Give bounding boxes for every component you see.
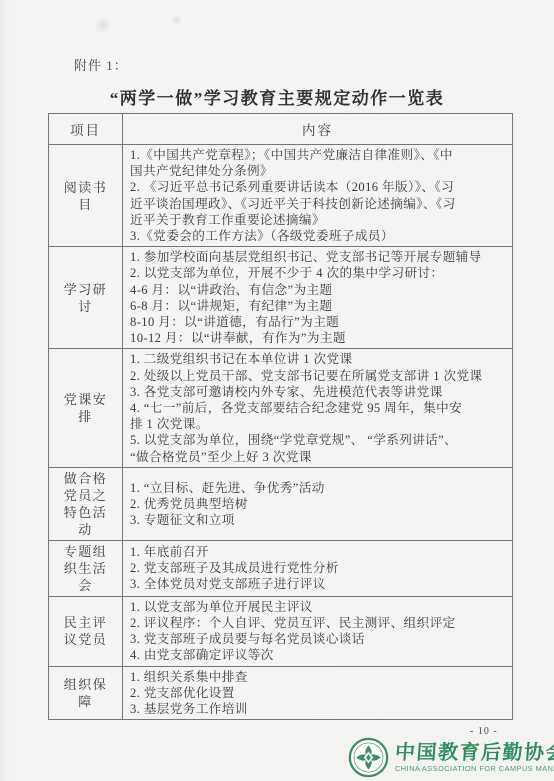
row-label: 专题组织生活会	[49, 540, 123, 596]
scanned-page-background: 附件 1： “两学一做”学习教育主要规定动作一览表 项目 内容 阅读书目 1.《…	[0, 0, 554, 781]
brand-text: 中国教育后勤协会 CHINA ASSOCIATION FOR CAMPUS MA…	[395, 742, 554, 774]
footer-brand: 中国教育后勤协会 CHINA ASSOCIATION FOR CAMPUS MA…	[348, 737, 554, 778]
table-row-democratic-review: 民主评议党员 1. 以党支部为单位开展民主评议2. 评议程序：个人自评、党员互评…	[49, 596, 513, 666]
table-row-study-discussion: 学习研讨 1. 参加学校面向基层党组织书记、党支部书记等开展专题辅导2. 以党支…	[49, 247, 513, 349]
scan-smudge	[92, 18, 114, 32]
column-header-item: 项目	[49, 114, 123, 145]
regulations-table: 项目 内容 阅读书目 1.《中国共产党章程》；《中国共产党廉洁自律准则》、《中国…	[48, 113, 513, 720]
table-row-special-activities: 做合格党员之特色活动 1. “立目标、赶先进、争优秀”活动2. 优秀党员典型培树…	[49, 467, 513, 540]
document-title: “两学一做”学习教育主要规定动作一览表	[0, 84, 554, 109]
column-header-content: 内容	[123, 114, 513, 145]
row-label: 党课安排	[49, 349, 123, 467]
row-content: 1. “立目标、赶先进、争优秀”活动2. 优秀党员典型培树3. 专题征文和立项	[123, 467, 513, 540]
row-content: 1. 组织关系集中排查2. 党支部优化设置3. 基层党务工作培训	[123, 666, 513, 720]
row-label: 阅读书目	[49, 145, 123, 247]
table-row-org-life-meeting: 专题组织生活会 1. 年底前召开2. 党支部班子及其成员进行党性分析3. 全体党…	[49, 540, 513, 596]
row-label: 做合格党员之特色活动	[49, 467, 123, 540]
row-content: 1.《中国共产党章程》；《中国共产党廉洁自律准则》、《中国共产党纪律处分条例》2…	[123, 145, 513, 247]
table-row-party-lectures: 党课安排 1. 二级党组织书记在本单位讲 1 次党课2. 处级以上党员干部、党支…	[49, 349, 513, 467]
row-label: 民主评议党员	[49, 596, 123, 666]
row-content: 1. 年底前召开2. 党支部班子及其成员进行党性分析3. 全体党员对党支部班子进…	[123, 540, 513, 596]
attachment-label: 附件 1：	[74, 55, 128, 74]
org-name-english: CHINA ASSOCIATION FOR CAMPUS MANAGEMENT	[395, 764, 554, 774]
row-label: 学习研讨	[49, 247, 123, 349]
page-number: - 10 -	[470, 726, 498, 737]
table-header-row: 项目 内容	[49, 114, 513, 145]
row-label: 组织保障	[49, 666, 123, 720]
row-content: 1. 参加学校面向基层党组织书记、党支部书记等开展专题辅导2. 以党支部为单位，…	[123, 247, 513, 349]
row-content: 1. 二级党组织书记在本单位讲 1 次党课2. 处级以上党员干部、党支部书记要在…	[123, 349, 513, 467]
org-name-chinese: 中国教育后勤协会	[394, 742, 554, 764]
scan-smudge	[170, 16, 184, 24]
association-logo-icon	[348, 737, 389, 778]
table-row-org-guarantee: 组织保障 1. 组织关系集中排查2. 党支部优化设置3. 基层党务工作培训	[49, 666, 513, 720]
row-content: 1. 以党支部为单位开展民主评议2. 评议程序：个人自评、党员互评、民主测评、组…	[123, 596, 513, 666]
table-row-reading-list: 阅读书目 1.《中国共产党章程》；《中国共产党廉洁自律准则》、《中国共产党纪律处…	[49, 145, 513, 247]
